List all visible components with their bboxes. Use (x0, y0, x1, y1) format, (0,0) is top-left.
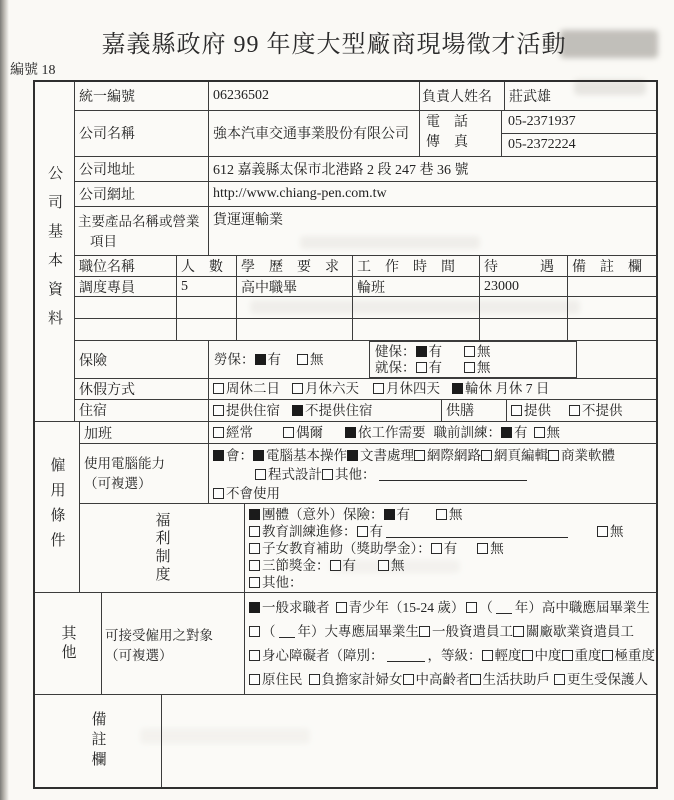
checkbox-unchecked-icon (249, 526, 260, 537)
checkbox-unchecked-icon (482, 650, 493, 661)
spacer (571, 535, 597, 536)
job-position (75, 297, 177, 318)
checkbox-unchecked-icon (255, 469, 266, 480)
job-education: 高中職畢 (237, 277, 353, 296)
spacer (253, 432, 283, 433)
section-label-hiring-conditions: 僱用條件 (35, 422, 80, 592)
row-main-products: 主要產品名稱或營業 項目 貨運運輸業 (75, 207, 656, 257)
uniform-number-label: 統一編號 (75, 82, 209, 110)
job-hours (353, 297, 480, 318)
option-text: 原住民 (262, 672, 303, 687)
checkbox-unchecked-icon (249, 560, 260, 571)
option-text: 健保： (375, 344, 416, 359)
checkbox-unchecked-icon (249, 577, 260, 588)
checkbox-unchecked-icon (292, 383, 303, 394)
checkbox-unchecked-icon (534, 427, 545, 438)
row-leave-type: 休假方式 周休二日月休六天月休四天輪休 月休 7 日 (75, 379, 656, 400)
welfare-label: 福利制度 (80, 504, 245, 592)
job-table-header-row: 職位名稱 人 數 學 歷 要 求 工 作 時 間 待 遇 備 註 欄 (75, 256, 656, 277)
scan-left-edge (0, 0, 9, 800)
checkbox-unchecked-icon (464, 362, 475, 373)
checkbox-unchecked-icon (213, 427, 224, 438)
checkbox-unchecked-icon (466, 602, 477, 613)
section-notes: 備註欄 (35, 695, 656, 787)
option-text: 月休四天 (386, 379, 440, 398)
option-text: 教育訓練進修： (262, 524, 357, 539)
spacer (551, 410, 569, 411)
job-header-remarks: 備 註 欄 (568, 256, 656, 276)
spacer (280, 388, 292, 389)
labor-insurance-options: 勞保：有無 (209, 341, 369, 378)
job-position (75, 319, 177, 340)
checkbox-unchecked-icon (416, 362, 427, 373)
owner-name-label: 負責人姓名 (420, 82, 505, 110)
blank-underline (279, 625, 295, 638)
section-hiring-conditions: 僱用條件 加班 經常偶爾依工作需要職前訓練：有無 使用電腦能力 （可複選） 會：… (35, 422, 656, 593)
option-text: 無 (610, 524, 624, 539)
fax-value: 05-2372224 (502, 134, 656, 156)
option-text: 經常 (226, 423, 253, 442)
checkbox-checked-icon (345, 427, 356, 438)
checkbox-unchecked-icon (373, 383, 384, 394)
option-text: 無 (477, 344, 491, 359)
option-text: 有 (370, 524, 384, 539)
option-text: 有 (429, 360, 443, 375)
checkbox-unchecked-icon (249, 674, 260, 685)
checkbox-checked-icon (292, 405, 303, 416)
option-text: 就保： (375, 360, 416, 375)
option-text: 無 (310, 350, 324, 369)
computer-cannot-line: 不會使用 (213, 484, 652, 503)
option-text: 網頁編輯 (494, 448, 548, 463)
lodging-label: 住宿 (75, 400, 209, 421)
option-text: 輪休 月休 7 日 (465, 379, 549, 398)
option-text: 一般資遣員工 (432, 624, 513, 639)
main-products-label: 主要產品名稱或營業 項目 (75, 207, 209, 256)
computer-other-line: 程式設計其他： (213, 465, 652, 484)
health-insurance-box: 健保：有無 就保：有無 (369, 341, 577, 378)
option-text: 年）大專應屆畢業生 (298, 624, 420, 639)
leave-type-label: 休假方式 (75, 379, 209, 399)
health-insurance-options: 健保：有無 (375, 344, 571, 360)
row-lodging: 住宿 提供住宿不提供住宿 供膳 提供不提供 (75, 400, 656, 421)
option-text: 職前訓練： (434, 423, 502, 442)
job-table-row (75, 319, 656, 341)
welfare-child-subsidy-line: 子女教育補助（獎助學金）：有無 (249, 540, 652, 557)
job-education (237, 319, 353, 340)
acceptable-hires-label: 可接受僱用之對象 （可複選） (102, 593, 245, 694)
row-overtime: 加班 經常偶爾依工作需要職前訓練：有無 (80, 422, 656, 444)
blank-underline (386, 525, 568, 538)
welfare-group-insurance-line: 團體（意外）保險：有無 (249, 506, 652, 523)
checkbox-unchecked-icon (249, 626, 260, 637)
checkbox-unchecked-icon (522, 650, 533, 661)
section-label-other: 其他 (35, 593, 102, 694)
spacer (442, 371, 464, 372)
welfare-training-line: 教育訓練進修：有無 (249, 523, 652, 540)
option-text: 無 (547, 423, 561, 442)
option-text: 周休二日 (226, 379, 280, 398)
row-uniform-number: 統一編號 06236502 負責人姓名 莊武雄 (75, 82, 656, 111)
company-name-label: 公司名稱 (75, 111, 209, 156)
computer-skills-label: 使用電腦能力 （可複選） (80, 444, 209, 503)
spacer (426, 432, 434, 433)
form-number: 編號 18 (10, 59, 56, 79)
option-text: 輕度 (495, 648, 522, 663)
option-text: 提供住宿 (226, 401, 280, 420)
spacer (213, 478, 255, 479)
job-remarks (568, 297, 656, 318)
option-text: 一般求職者 (262, 600, 330, 615)
hires-line-special-groups: 原住民負擔家計婦女中高齡者生活扶助戶更生受保護人 (249, 668, 652, 692)
option-text: 中度 (535, 648, 562, 663)
checkbox-checked-icon (452, 383, 463, 394)
job-salary (480, 297, 568, 318)
job-headcount: 5 (177, 277, 237, 296)
hires-line-general: 一般求職者青少年（15-24 歲）（年）高中職應屆畢業生 (249, 596, 652, 620)
option-text: 依工作需要 (358, 423, 426, 442)
job-education (237, 297, 353, 318)
checkbox-unchecked-icon (511, 405, 522, 416)
job-headcount (177, 297, 237, 318)
row-company-address: 公司地址 612 嘉義縣太保市北港路 2 段 247 巷 36 號 (75, 157, 656, 182)
option-text: 電腦基本操作 (266, 448, 347, 463)
option-text: 不會使用 (226, 486, 280, 501)
company-website-label: 公司網址 (75, 182, 209, 206)
section-label-notes: 備註欄 (35, 695, 162, 787)
owner-name-value: 莊武雄 (505, 82, 656, 110)
checkbox-checked-icon (213, 450, 224, 461)
job-table-row (75, 297, 656, 319)
leave-type-options: 周休二日月休六天月休四天輪休 月休 7 日 (209, 379, 656, 399)
job-position: 調度專員 (75, 277, 177, 296)
checkbox-checked-icon (255, 354, 266, 365)
notes-content (162, 695, 656, 787)
company-website-value: http://www.chiang-pen.com.tw (209, 182, 656, 206)
option-text: （ (262, 624, 276, 639)
option-text: 有 (429, 344, 443, 359)
checkbox-checked-icon (384, 509, 395, 520)
job-header-position: 職位名稱 (75, 256, 177, 276)
spacer (281, 359, 297, 360)
spacer (442, 355, 464, 356)
checkbox-unchecked-icon (481, 450, 492, 461)
welfare-other-line: 其他： (249, 574, 652, 591)
row-welfare: 福利制度 團體（意外）保險：有無 教育訓練進修：有無 子女教育補助（獎助學金）：… (80, 504, 656, 592)
option-text: 子女教育補助（獎助學金）： (262, 541, 431, 556)
checkbox-unchecked-icon (602, 650, 613, 661)
option-text: 月休六天 (305, 379, 359, 398)
checkbox-unchecked-icon (213, 405, 224, 416)
company-form-table: 公司基本資料 統一編號 06236502 負責人姓名 莊武雄 公司名稱 強本汽車… (33, 80, 658, 789)
job-salary (480, 319, 568, 340)
overtime-options: 經常偶爾依工作需要職前訓練：有無 (209, 422, 656, 443)
phone-fax-values: 05-2371937 05-2372224 (502, 111, 656, 156)
meal-options: 提供不提供 (507, 400, 656, 421)
spacer (359, 388, 373, 389)
checkbox-checked-icon (416, 346, 427, 357)
option-text: 無 (391, 558, 405, 573)
row-computer-skills: 使用電腦能力 （可複選） 會：電腦基本操作文書處理網際網路網頁編輯商業軟體 程式… (80, 444, 656, 504)
option-text: 商業軟體 (561, 448, 615, 463)
option-text: 偶爾 (296, 423, 323, 442)
checkbox-unchecked-icon (336, 602, 347, 613)
checkbox-unchecked-icon (330, 560, 341, 571)
job-remarks (568, 319, 656, 340)
option-text: 無 (477, 360, 491, 375)
main-products-value: 貨運運輸業 (209, 207, 656, 256)
option-text: 青少年（15-24 歲） (349, 600, 465, 615)
checkbox-checked-icon (249, 602, 260, 613)
checkbox-unchecked-icon (213, 383, 224, 394)
option-text: 有 (268, 350, 282, 369)
option-text: 其他： (335, 467, 376, 482)
insurance-content: 勞保：有無 健保：有無 就保：有無 (209, 341, 656, 378)
option-text: 不提供住宿 (305, 401, 373, 420)
option-text: 有 (343, 558, 357, 573)
job-header-hours: 工 作 時 間 (353, 256, 480, 276)
option-text: 有 (514, 423, 528, 442)
company-address-label: 公司地址 (75, 157, 209, 181)
hires-line-graduates: （年）大專應屆畢業生一般資遣員工關廠歇業資遣員工 (249, 620, 652, 644)
row-company-name: 公司名稱 強本汽車交通事業股份有限公司 電 話 傳 真 05-2371937 0… (75, 111, 656, 157)
section-label-company-basic: 公司基本資料 (35, 82, 75, 421)
insurance-label: 保險 (75, 341, 209, 378)
option-text: 網際網路 (427, 448, 481, 463)
checkbox-checked-icon (501, 427, 512, 438)
job-header-salary: 待 遇 (480, 256, 568, 276)
option-text: 身心障礙者（障別： (262, 648, 384, 663)
blank-underline (379, 468, 527, 481)
phone-value: 05-2371937 (502, 111, 656, 134)
checkbox-unchecked-icon (597, 526, 608, 537)
job-salary: 23000 (480, 277, 568, 296)
meal-label: 供膳 (442, 400, 507, 421)
checkbox-unchecked-icon (477, 543, 488, 554)
job-table-row: 調度專員 5 高中職畢 輪班 23000 (75, 277, 656, 297)
fax-label: 傳 真 (426, 133, 495, 153)
section-company-basic-info: 公司基本資料 統一編號 06236502 負責人姓名 莊武雄 公司名稱 強本汽車… (35, 82, 656, 422)
checkbox-unchecked-icon (548, 450, 559, 461)
checkbox-unchecked-icon (470, 674, 481, 685)
checkbox-unchecked-icon (431, 543, 442, 554)
option-text: 團體（意外）保險： (262, 507, 384, 522)
option-text: 年）高中職應屆畢業生 (515, 600, 650, 615)
option-text: 三節獎金： (262, 558, 330, 573)
checkbox-checked-icon (253, 450, 264, 461)
option-text: 中高齡者 (416, 672, 470, 687)
checkbox-checked-icon (249, 509, 260, 520)
checkbox-unchecked-icon (297, 354, 308, 365)
form-title: 嘉義縣政府 99 年度大型廠商現場徵才活動 (24, 24, 644, 59)
option-text: 重度 (575, 648, 602, 663)
job-hours (353, 319, 480, 340)
checkbox-unchecked-icon (419, 626, 430, 637)
job-header-education: 學 歷 要 求 (237, 256, 353, 276)
option-text: 程式設計 (268, 467, 322, 482)
option-text: 有 (397, 507, 411, 522)
blank-underline (387, 649, 425, 662)
job-headcount (177, 319, 237, 340)
option-text: 提供 (524, 401, 551, 420)
welfare-festival-bonus-line: 三節獎金：有無 (249, 557, 652, 574)
option-text: 生活扶助戶 (483, 672, 551, 687)
checkbox-unchecked-icon (213, 488, 224, 499)
option-text: 會： (226, 448, 253, 463)
checkbox-unchecked-icon (378, 560, 389, 571)
spacer (440, 388, 452, 389)
option-text: 不提供 (582, 401, 623, 420)
checkbox-unchecked-icon (322, 469, 333, 480)
spacer (323, 432, 345, 433)
scanned-form-page: { "page": { "title": "嘉義縣政府 99 年度大型廠商現場徵… (0, 0, 674, 800)
option-text: 負擔家計婦女 (322, 672, 403, 687)
blank-underline (496, 601, 512, 614)
section-other: 其他 可接受僱用之對象 （可複選） 一般求職者青少年（15-24 歲）（年）高中… (35, 593, 656, 695)
job-header-headcount: 人 數 (177, 256, 237, 276)
employment-insurance-options: 就保：有無 (375, 360, 571, 376)
company-name-value: 強本汽車交通事業股份有限公司 (209, 111, 420, 156)
option-text: （ (479, 600, 493, 615)
lodging-options: 提供住宿不提供住宿 (209, 400, 442, 421)
checkbox-unchecked-icon (513, 626, 524, 637)
company-address-value: 612 嘉義縣太保市北港路 2 段 247 巷 36 號 (209, 157, 656, 181)
option-text: ，等級： (428, 648, 482, 663)
option-text: 更生受保護人 (567, 672, 648, 687)
option-text: 無 (449, 507, 463, 522)
checkbox-unchecked-icon (562, 650, 573, 661)
option-text: 文書處理 (360, 448, 414, 463)
row-insurance: 保險 勞保：有無 健保：有無 就保：有無 (75, 341, 656, 379)
welfare-options: 團體（意外）保險：有無 教育訓練進修：有無 子女教育補助（獎助學金）：有無 三節… (245, 504, 656, 592)
checkbox-unchecked-icon (464, 346, 475, 357)
checkbox-unchecked-icon (283, 427, 294, 438)
checkbox-unchecked-icon (249, 650, 260, 661)
checkbox-unchecked-icon (436, 509, 447, 520)
option-text: 極重度） (615, 648, 657, 663)
row-company-website: 公司網址 http://www.chiang-pen.com.tw (75, 182, 656, 207)
option-text: 無 (490, 541, 504, 556)
job-hours: 輪班 (353, 277, 480, 296)
spacer (410, 518, 436, 519)
checkbox-unchecked-icon (554, 674, 565, 685)
checkbox-unchecked-icon (414, 450, 425, 461)
checkbox-unchecked-icon (403, 674, 414, 685)
checkbox-unchecked-icon (569, 405, 580, 416)
spacer (457, 552, 477, 553)
checkbox-unchecked-icon (249, 543, 260, 554)
checkbox-checked-icon (347, 450, 358, 461)
spacer (356, 569, 378, 570)
hires-line-disability: 身心障礙者（障別：，等級：輕度中度重度極重度） (249, 644, 652, 668)
phone-fax-label: 電 話 傳 真 (420, 111, 502, 156)
computer-skills-options: 會：電腦基本操作文書處理網際網路網頁編輯商業軟體 程式設計其他： 不會使用 (209, 444, 656, 503)
computer-can-line: 會：電腦基本操作文書處理網際網路網頁編輯商業軟體 (213, 446, 652, 465)
option-text: 關廠歇業資遣員工 (526, 624, 634, 639)
option-text: 其他： (262, 575, 303, 590)
phone-label: 電 話 (426, 113, 495, 133)
checkbox-unchecked-icon (309, 674, 320, 685)
spacer (280, 410, 292, 411)
uniform-number-value: 06236502 (209, 82, 420, 110)
checkbox-unchecked-icon (357, 526, 368, 537)
overtime-label: 加班 (80, 422, 209, 443)
job-remarks (568, 277, 656, 296)
acceptable-hires-options: 一般求職者青少年（15-24 歲）（年）高中職應屆畢業生 （年）大專應屆畢業生一… (245, 593, 656, 694)
option-text: 勞保： (214, 350, 255, 369)
option-text: 有 (444, 541, 458, 556)
